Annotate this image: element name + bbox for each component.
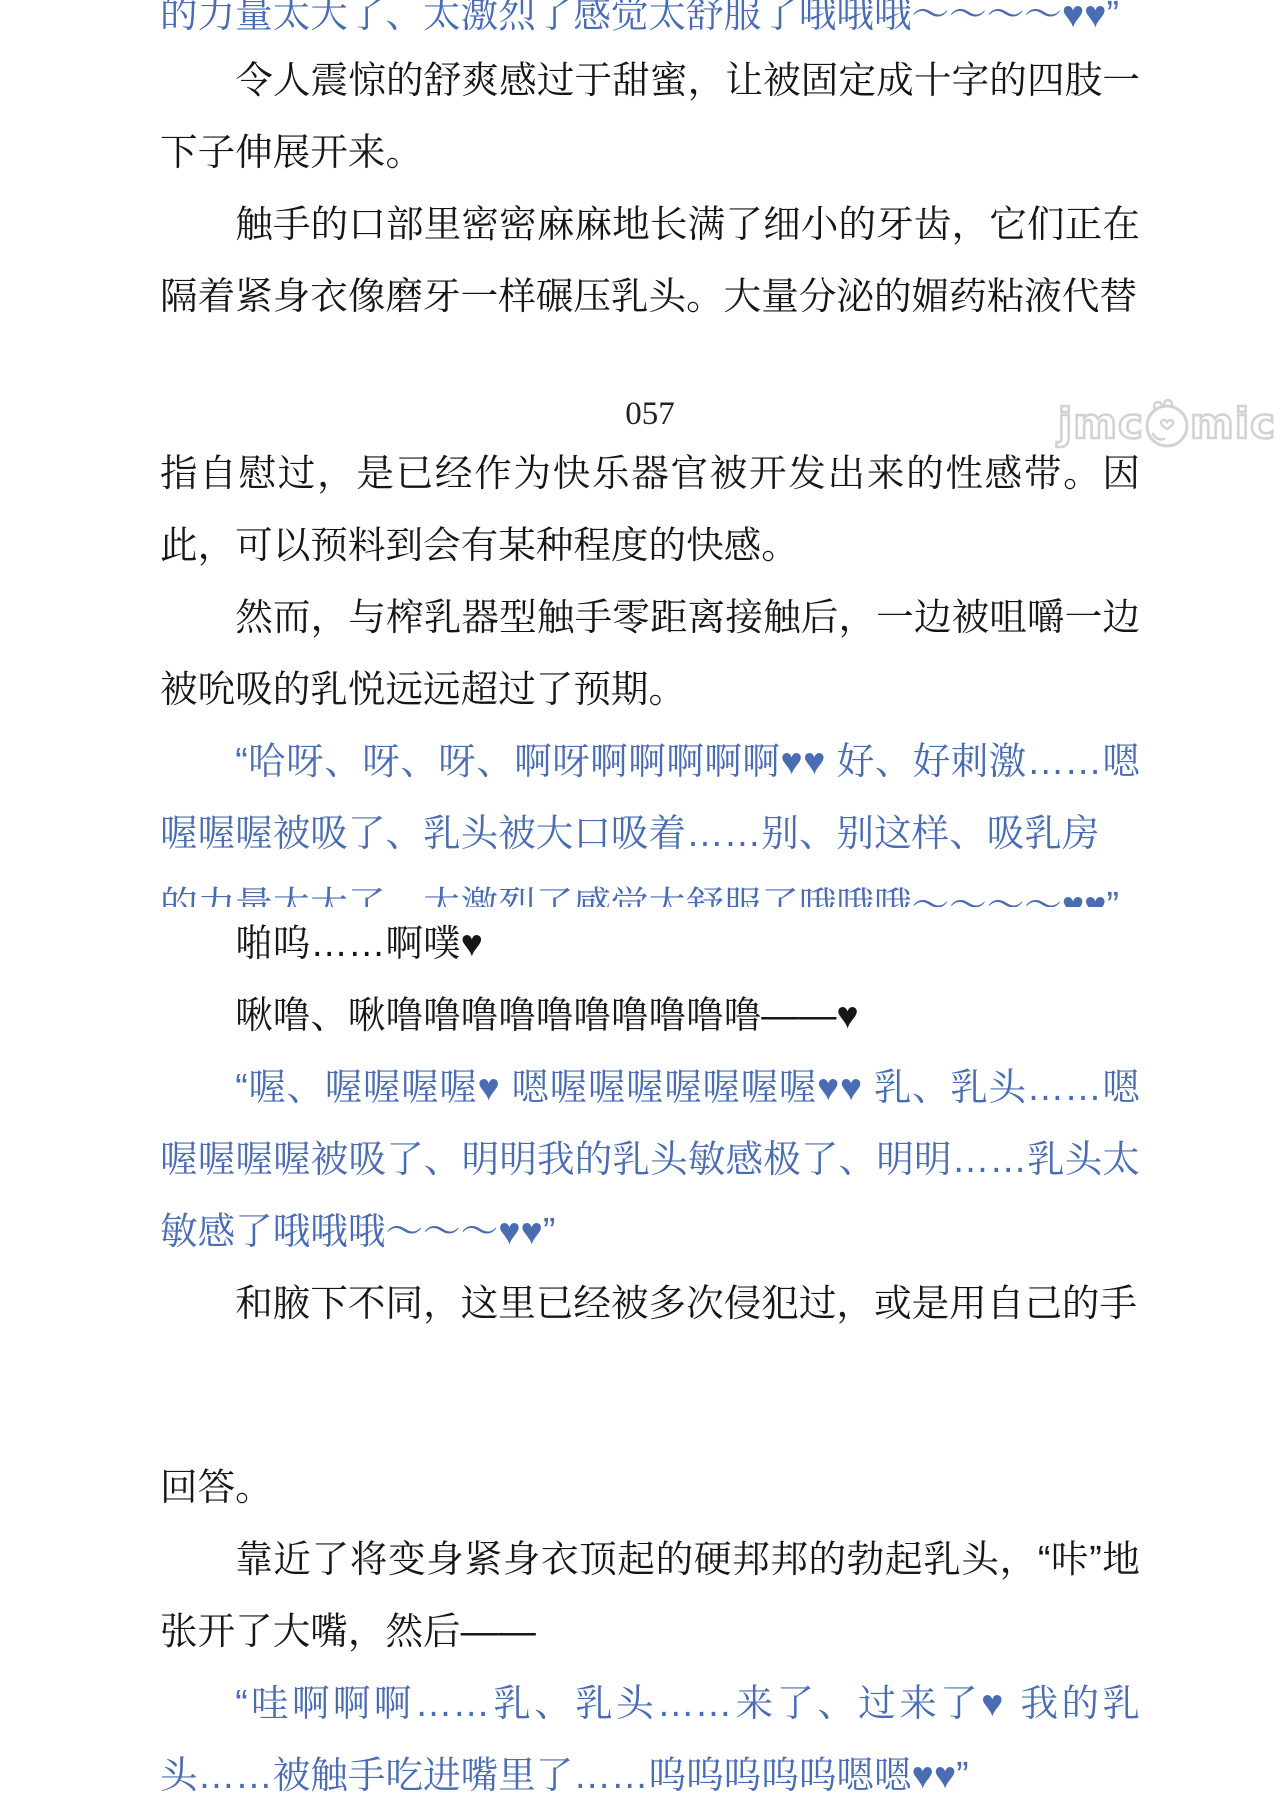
page-break-gap [160,1339,1140,1451]
jmcomic-mascot-icon [1141,398,1193,450]
clipped-line-top-half: 的力量太大了、太激烈了感觉太舒服了哦哦哦～～～～♥♥” [160,869,1140,907]
paragraph: 触手的口部里密密麻麻地长满了细小的牙齿，它们正在隔着紧身衣像磨牙一样碾压乳头。大… [160,188,1140,332]
paragraph: 然而，与榨乳器型触手零距离接触后，一边被咀嚼一边被吮吸的乳悦远远超过了预期。 [160,581,1140,725]
paragraph: 和腋下不同，这里已经被多次侵犯过，或是用自己的手 [160,1267,1140,1339]
page-number: 057 [160,332,1140,437]
watermark-text-left: jmc [1058,403,1144,445]
watermark-jmcomic: jmc mic [1058,398,1276,450]
dialogue-line: 的力量太大了、太激烈了感觉太舒服了哦哦哦～～～～♥♥” [160,0,1140,34]
paragraph: 啾噜、啾噜噜噜噜噜噜噜噜噜噜——♥ [160,979,1140,1051]
paragraph: 啪呜……啊噗♥ [160,907,1140,979]
paragraph: 指自慰过，是已经作为快乐器官被开发出来的性感带。因此，可以预料到会有某种程度的快… [160,437,1140,581]
dialogue-line: 的力量太大了、太激烈了感觉太舒服了哦哦哦～～～～♥♥” [160,869,1140,907]
paragraph: 靠近了将变身紧身衣顶起的硬邦邦的勃起乳头，“咔”地张开了大嘴，然后—— [160,1523,1140,1667]
clipped-line-bottom-half: 的力量太大了、太激烈了感觉太舒服了哦哦哦～～～～♥♥” [160,0,1140,34]
reader-page: 的力量太大了、太激烈了感觉太舒服了哦哦哦～～～～♥♥” 令人震惊的舒爽感过于甜蜜… [0,0,1280,1807]
dialogue-paragraph: “哇啊啊啊……乳、乳头……来了、过来了♥ 我的乳头……被触手吃进嘴里了……呜呜呜… [160,1667,1140,1807]
paragraph: 令人震惊的舒爽感过于甜蜜，让被固定成十字的四肢一下子伸展开来。 [160,44,1140,188]
paragraph: 回答。 [160,1451,1140,1523]
dialogue-paragraph: “哈呀、呀、呀、啊呀啊啊啊啊啊♥♥ 好、好刺激……嗯喔喔喔被吸了、乳头被大口吸着… [160,725,1140,869]
dialogue-paragraph: “喔、喔喔喔喔♥ 嗯喔喔喔喔喔喔喔♥♥ 乳、乳头……嗯喔喔喔喔被吸了、明明我的乳… [160,1051,1140,1267]
novel-text-column: 的力量太大了、太激烈了感觉太舒服了哦哦哦～～～～♥♥” 令人震惊的舒爽感过于甜蜜… [160,0,1140,1807]
watermark-text-right: mic [1190,403,1276,445]
